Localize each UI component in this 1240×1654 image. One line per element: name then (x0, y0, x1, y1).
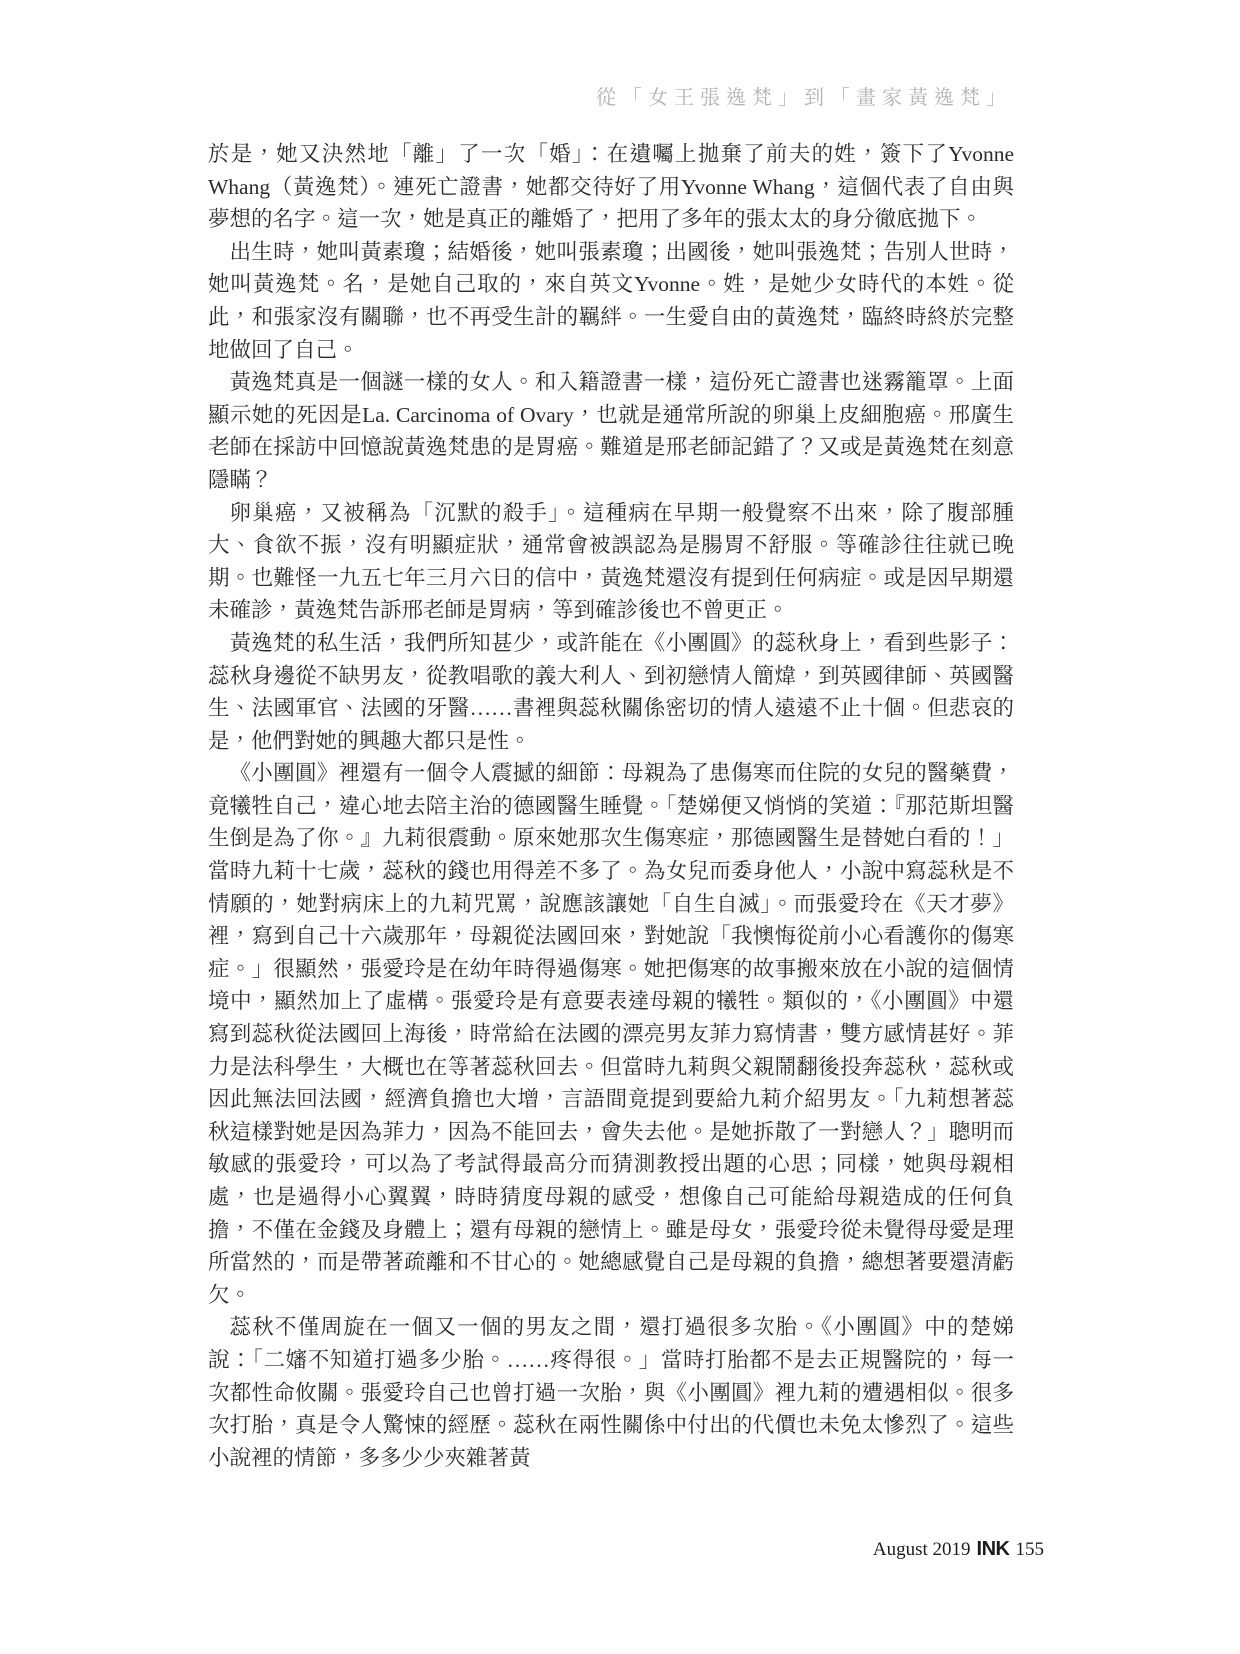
body-paragraph: 黃逸梵的私生活，我們所知甚少，或許能在《小團圓》的蕊秋身上，看到些影子：蕊秋身邊… (208, 627, 1014, 757)
body-paragraph: 於是，她又決然地「離」了一次「婚」：在遺囑上拋棄了前夫的姓，簽下了Yvonne … (208, 138, 1014, 236)
magazine-page: 從「女王張逸梵」到「畫家黃逸梵」 於是，她又決然地「離」了一次「婚」：在遺囑上拋… (0, 0, 1240, 1654)
page-footer: August 2019INK155 (873, 1537, 1044, 1562)
article-body: 於是，她又決然地「離」了一次「婚」：在遺囑上拋棄了前夫的姓，簽下了Yvonne … (208, 138, 1014, 1474)
body-paragraph: 出生時，她叫黃素瓊；結婚後，她叫張素瓊；出國後，她叫張逸梵；告別人世時，她叫黃逸… (208, 236, 1014, 366)
body-paragraph: 《小團圓》裡還有一個令人震撼的細節：母親為了患傷寒而住院的女兒的醫藥費，竟犧牲自… (208, 757, 1014, 1311)
page-number: 155 (1016, 1539, 1045, 1560)
body-paragraph: 蕊秋不僅周旋在一個又一個的男友之間，還打過很多次胎。《小團圓》中的楚娣說：「二嬸… (208, 1311, 1014, 1474)
footer-issue-date: August 2019 (873, 1539, 971, 1560)
body-paragraph: 黃逸梵真是一個謎一樣的女人。和入籍證書一樣，這份死亡證書也迷霧籠罩。上面顯示她的… (208, 366, 1014, 496)
magazine-logo: INK (977, 1538, 1010, 1560)
body-paragraph: 卵巢癌，又被稱為「沉默的殺手」。這種病在早期一般覺察不出來，除了腹部腫大、食欲不… (208, 497, 1014, 627)
running-head: 從「女王張逸梵」到「畫家黃逸梵」 (596, 84, 1012, 112)
